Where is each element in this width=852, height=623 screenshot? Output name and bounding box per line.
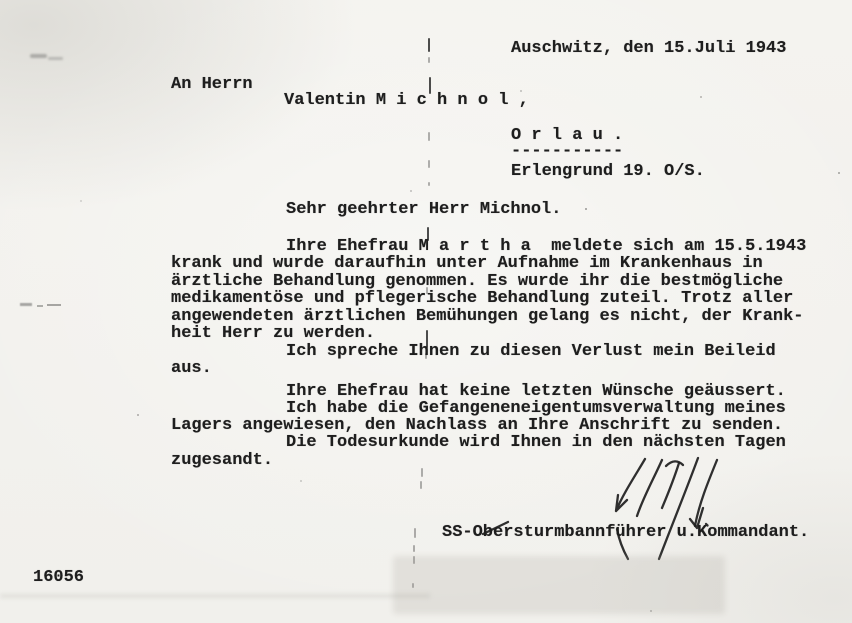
- fold-crease-mark: [428, 160, 430, 168]
- fold-crease-mark: [426, 287, 428, 294]
- scan-smudge: [30, 54, 47, 58]
- archive-number: 16056: [33, 569, 84, 586]
- body-line: Ich habe die Gefangeneneigentumsverwaltu…: [286, 400, 786, 417]
- body-line: Lagers angewiesen, den Nachlass an Ihre …: [171, 417, 783, 434]
- fold-crease-mark: [421, 468, 423, 477]
- scan-shadow: [393, 556, 725, 614]
- fold-crease-mark: [429, 77, 431, 94]
- fold-crease-mark: [413, 545, 415, 552]
- recipient-intro: An Herrn: [171, 76, 253, 93]
- body-line: zugesandt.: [171, 452, 273, 469]
- body-line: medikamentöse und pflegerische Behandlun…: [171, 290, 793, 307]
- body-line: aus.: [171, 360, 212, 377]
- body-line: Ihre Ehefrau hat keine letzten Wünsche g…: [286, 383, 786, 400]
- letter-page: Auschwitz, den 15.Juli 1943An HerrnValen…: [0, 0, 852, 623]
- scan-smudge: [47, 304, 61, 306]
- fold-crease-mark: [428, 57, 430, 63]
- salutation: Sehr geehrter Herr Michnol.: [286, 201, 561, 218]
- scan-specks: [0, 0, 2, 2]
- fold-crease-mark: [420, 481, 422, 489]
- dateline: Auschwitz, den 15.Juli 1943: [511, 40, 786, 57]
- fold-crease-mark: [414, 528, 416, 538]
- fold-crease-mark: [428, 182, 430, 186]
- scan-smudge: [48, 57, 63, 60]
- fold-crease-mark: [425, 353, 427, 359]
- scan-smudge: [37, 305, 43, 307]
- recipient-city-underline: -----------: [511, 143, 623, 160]
- fold-crease-mark: [428, 38, 430, 52]
- body-line: ärztliche Behandlung genommen. Es wurde …: [171, 273, 783, 290]
- body-line: krank und wurde daraufhin unter Aufnahme…: [171, 255, 763, 272]
- recipient-address: Erlengrund 19. O/S.: [511, 163, 705, 180]
- body-line: Ich spreche Ihnen zu diesen Verlust mein…: [286, 343, 776, 360]
- fold-crease-mark: [426, 330, 428, 348]
- body-line: Die Todesurkunde wird Ihnen in den nächs…: [286, 434, 786, 451]
- body-line: heit Herr zu werden.: [171, 325, 375, 342]
- scan-streak: [0, 594, 430, 598]
- fold-crease-mark: [428, 132, 430, 141]
- recipient-name: Valentin M i c h n o l ,: [284, 92, 529, 109]
- scan-smudge: [20, 303, 32, 306]
- fold-crease-mark: [427, 227, 429, 241]
- body-line: angewendeten ärztlichen Bemühungen gelan…: [171, 308, 804, 325]
- body-line: Ihre Ehefrau M a r t h a meldete sich am…: [286, 238, 806, 255]
